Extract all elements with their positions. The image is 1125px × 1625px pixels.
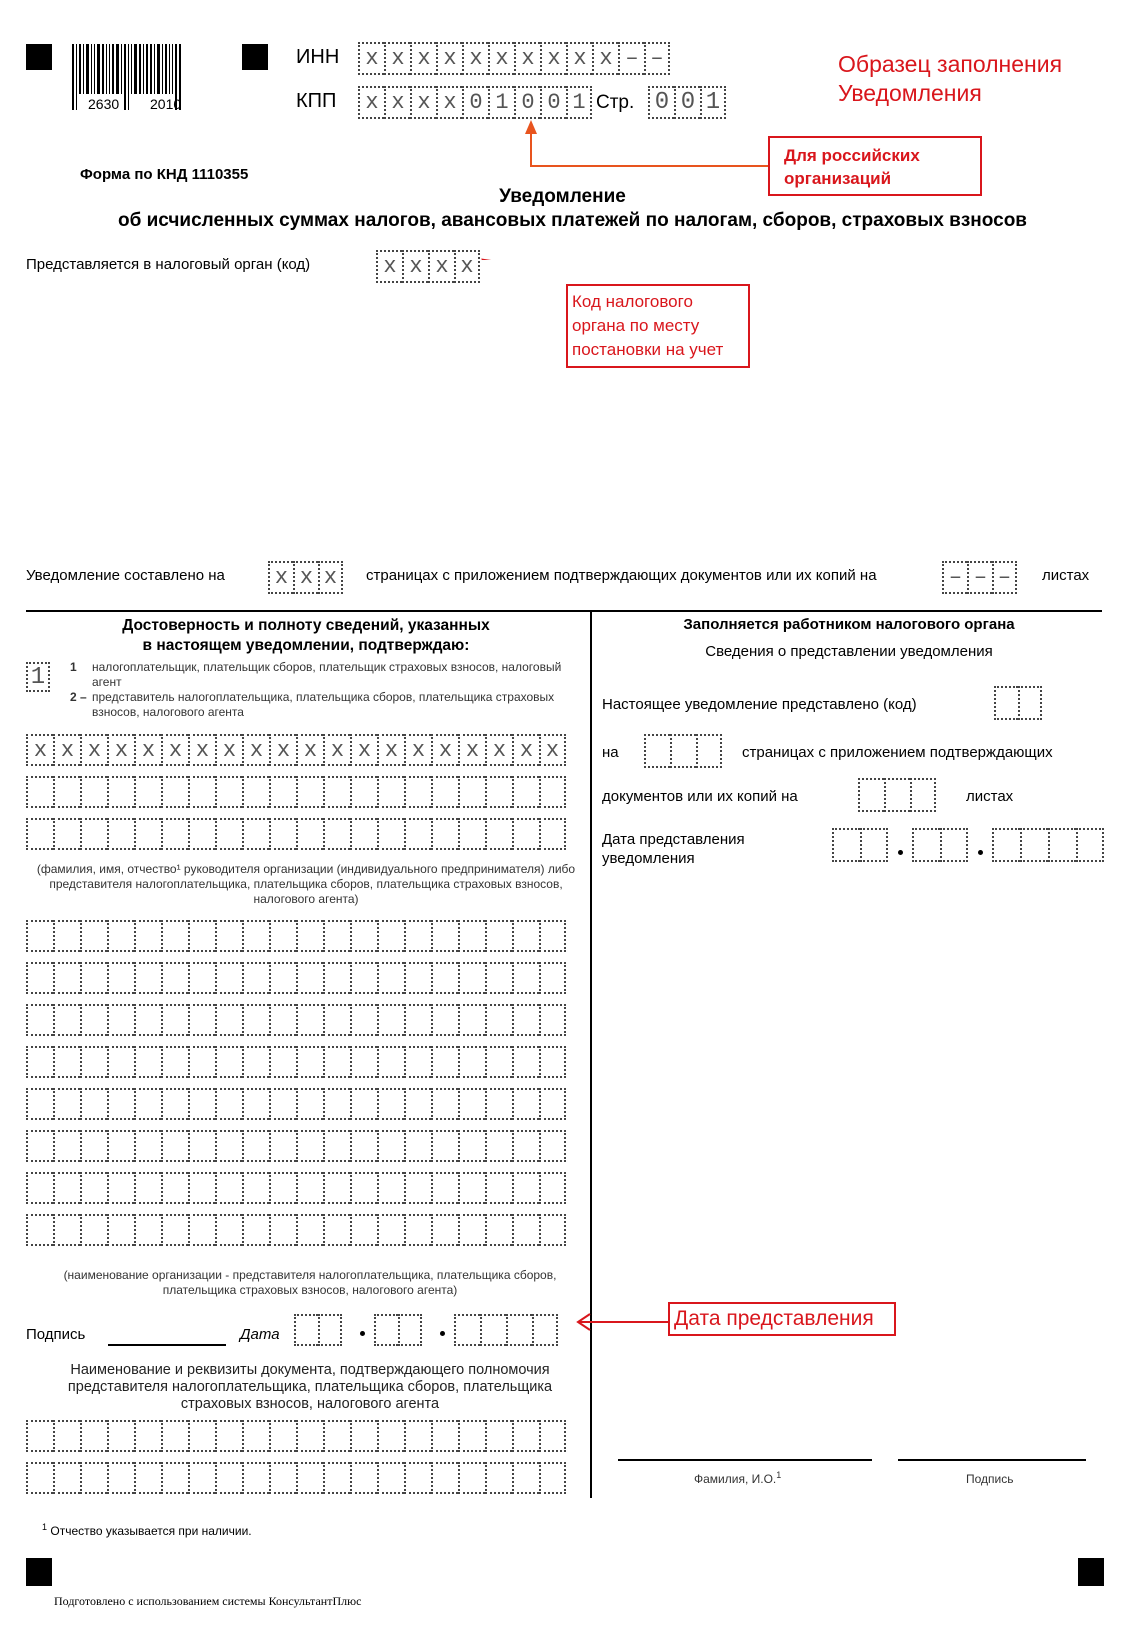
field-cell[interactable] [350,1046,377,1078]
field-cell[interactable]: x [512,734,539,766]
field-cell[interactable] [539,1172,566,1204]
field-cell[interactable]: x [539,734,566,766]
field-cell[interactable] [404,1130,431,1162]
field-cell[interactable]: x [107,734,134,766]
text-cell-row[interactable] [26,920,566,952]
field-cell[interactable] [215,1172,242,1204]
field-cell[interactable]: x [428,250,454,283]
field-cell[interactable] [242,1462,269,1494]
field-cell[interactable] [350,776,377,808]
field-cell[interactable] [377,920,404,952]
field-cell[interactable]: x [458,734,485,766]
field-cell[interactable] [134,1214,161,1246]
field-cell[interactable] [377,1004,404,1036]
field-cell[interactable] [644,734,670,768]
field-cell[interactable] [53,920,80,952]
field-cell[interactable] [215,1130,242,1162]
field-cell[interactable] [323,776,350,808]
field-cell[interactable] [242,818,269,850]
field-cell[interactable]: – [992,561,1017,594]
field-cell[interactable] [431,962,458,994]
field-cell[interactable] [350,1462,377,1494]
text-cell-row[interactable] [26,1420,566,1452]
field-cell[interactable]: x [377,734,404,766]
field-cell[interactable] [26,1172,53,1204]
field-cell[interactable] [161,1420,188,1452]
field-cell[interactable] [296,1420,323,1452]
field-cell[interactable] [458,776,485,808]
field-cell[interactable]: x [296,734,323,766]
field-cell[interactable] [860,828,888,862]
field-cell[interactable] [512,1462,539,1494]
field-cell[interactable] [539,1462,566,1494]
field-cell[interactable] [242,1046,269,1078]
field-cell[interactable] [431,920,458,952]
submitted-code-field[interactable] [994,686,1042,720]
field-cell[interactable] [539,1004,566,1036]
field-cell[interactable] [377,1214,404,1246]
field-cell[interactable] [269,1172,296,1204]
field-cell[interactable] [134,1088,161,1120]
field-cell[interactable] [323,1088,350,1120]
field-cell[interactable] [539,818,566,850]
field-cell[interactable] [188,1130,215,1162]
field-cell[interactable] [431,1214,458,1246]
signature-line[interactable] [108,1344,226,1346]
field-cell[interactable] [215,1214,242,1246]
field-cell[interactable] [294,1314,318,1346]
field-cell[interactable]: x [242,734,269,766]
field-cell[interactable] [134,776,161,808]
field-cell[interactable] [910,778,936,812]
field-cell[interactable]: x [402,250,428,283]
field-cell[interactable] [404,1004,431,1036]
field-cell[interactable] [107,962,134,994]
field-cell[interactable] [161,1046,188,1078]
field-cell[interactable] [404,1172,431,1204]
field-cell[interactable] [539,1214,566,1246]
field-cell[interactable] [480,1314,506,1346]
text-cell-row[interactable] [26,1004,566,1036]
field-cell[interactable] [431,1046,458,1078]
field-cell[interactable] [431,1172,458,1204]
field-cell[interactable] [80,1172,107,1204]
field-cell[interactable] [377,1172,404,1204]
field-cell[interactable] [431,1088,458,1120]
field-cell[interactable]: x [318,561,343,594]
field-cell[interactable]: x [404,734,431,766]
field-cell[interactable] [404,962,431,994]
field-cell[interactable] [134,1130,161,1162]
field-cell[interactable] [512,920,539,952]
field-cell[interactable] [458,1420,485,1452]
field-cell[interactable]: x [376,250,402,283]
field-cell[interactable] [188,1046,215,1078]
tax-authority-code-field[interactable]: xxxx [376,250,480,283]
field-cell[interactable] [512,1046,539,1078]
field-cell[interactable] [269,1046,296,1078]
field-cell[interactable] [134,920,161,952]
field-cell[interactable] [539,920,566,952]
field-cell[interactable]: x [188,734,215,766]
signer-type-field[interactable]: 1 [26,662,50,692]
field-cell[interactable] [26,1462,53,1494]
field-cell[interactable] [323,1420,350,1452]
field-cell[interactable] [485,1172,512,1204]
field-cell[interactable] [377,776,404,808]
field-cell[interactable] [80,1420,107,1452]
field-cell[interactable] [296,818,323,850]
field-cell[interactable] [377,1088,404,1120]
field-cell[interactable] [512,818,539,850]
field-cell[interactable] [404,1420,431,1452]
field-cell[interactable] [269,1462,296,1494]
field-cell[interactable]: – [942,561,967,594]
field-cell[interactable] [53,1172,80,1204]
field-cell[interactable] [188,1004,215,1036]
field-cell[interactable] [242,1172,269,1204]
date-day-field[interactable] [294,1314,342,1346]
field-cell[interactable] [242,920,269,952]
field-cell[interactable] [458,1214,485,1246]
field-cell[interactable] [242,1214,269,1246]
field-cell[interactable] [161,818,188,850]
field-cell[interactable] [512,1088,539,1120]
field-cell[interactable] [485,818,512,850]
field-cell[interactable] [296,1046,323,1078]
date-month-field[interactable] [374,1314,422,1346]
text-cell-row[interactable] [26,818,566,850]
text-cell-row[interactable] [26,1172,566,1204]
field-cell[interactable] [350,1214,377,1246]
field-cell[interactable] [377,1420,404,1452]
field-cell[interactable] [404,1214,431,1246]
field-cell[interactable] [269,1214,296,1246]
field-cell[interactable] [80,1046,107,1078]
field-cell[interactable] [269,776,296,808]
field-cell[interactable] [458,1462,485,1494]
field-cell[interactable] [80,1004,107,1036]
field-cell[interactable] [458,1088,485,1120]
field-cell[interactable] [350,1172,377,1204]
field-cell[interactable] [377,962,404,994]
field-cell[interactable] [485,962,512,994]
field-cell[interactable] [80,776,107,808]
field-cell[interactable] [512,962,539,994]
field-cell[interactable] [431,776,458,808]
field-cell[interactable] [242,1130,269,1162]
text-cell-row[interactable] [26,1088,566,1120]
field-cell[interactable] [188,1462,215,1494]
field-cell[interactable] [134,1004,161,1036]
field-cell[interactable] [53,1088,80,1120]
field-cell[interactable] [26,920,53,952]
field-cell[interactable] [350,962,377,994]
field-cell[interactable]: x [485,734,512,766]
field-cell[interactable]: x [161,734,188,766]
field-cell[interactable] [485,776,512,808]
field-cell[interactable] [215,1462,242,1494]
field-cell[interactable] [134,962,161,994]
field-cell[interactable] [539,962,566,994]
field-cell[interactable] [296,1172,323,1204]
field-cell[interactable] [431,1420,458,1452]
field-cell[interactable] [242,1088,269,1120]
field-cell[interactable] [296,776,323,808]
field-cell[interactable] [485,920,512,952]
field-cell[interactable] [512,1214,539,1246]
field-cell[interactable] [269,1420,296,1452]
field-cell[interactable] [458,818,485,850]
field-cell[interactable] [377,1130,404,1162]
field-cell[interactable] [296,920,323,952]
right-date-day-field[interactable] [832,828,888,862]
text-cell-row[interactable]: xxxxxxxxxxxxxxxxxxxx [26,734,566,766]
field-cell[interactable] [884,778,910,812]
field-cell[interactable] [242,962,269,994]
field-cell[interactable] [53,818,80,850]
field-cell[interactable] [269,1004,296,1036]
field-cell[interactable] [107,920,134,952]
field-cell[interactable] [188,818,215,850]
field-cell[interactable] [431,1004,458,1036]
field-cell[interactable]: x [26,734,53,766]
field-cell[interactable] [53,776,80,808]
field-cell[interactable] [269,962,296,994]
field-cell[interactable] [242,1004,269,1036]
field-cell[interactable] [512,1172,539,1204]
field-cell[interactable] [1020,828,1048,862]
text-cell-row[interactable] [26,1046,566,1078]
field-cell[interactable] [539,1088,566,1120]
field-cell[interactable]: x [454,250,480,283]
field-cell[interactable] [485,1088,512,1120]
field-cell[interactable] [80,818,107,850]
field-cell[interactable] [242,1420,269,1452]
field-cell[interactable] [53,1420,80,1452]
field-cell[interactable] [107,1420,134,1452]
field-cell[interactable]: x [269,734,296,766]
field-cell[interactable] [107,1004,134,1036]
field-cell[interactable] [670,734,696,768]
field-cell[interactable] [26,1046,53,1078]
field-cell[interactable] [80,1462,107,1494]
field-cell[interactable] [431,1130,458,1162]
field-cell[interactable] [323,1172,350,1204]
field-cell[interactable] [26,776,53,808]
field-cell[interactable] [485,1214,512,1246]
field-cell[interactable] [53,1130,80,1162]
field-cell[interactable] [215,962,242,994]
field-cell[interactable] [323,1046,350,1078]
field-cell[interactable] [506,1314,532,1346]
field-cell[interactable] [377,1046,404,1078]
field-cell[interactable] [26,1004,53,1036]
text-cell-row[interactable] [26,776,566,808]
field-cell[interactable] [431,1462,458,1494]
field-cell[interactable] [53,962,80,994]
field-cell[interactable] [296,1214,323,1246]
field-cell[interactable]: x [431,734,458,766]
field-cell[interactable] [26,962,53,994]
field-cell[interactable] [107,1046,134,1078]
field-cell[interactable] [398,1314,422,1346]
field-cell[interactable] [80,962,107,994]
field-cell[interactable] [26,818,53,850]
field-cell[interactable] [188,962,215,994]
field-cell[interactable] [485,1004,512,1036]
field-cell[interactable]: x [323,734,350,766]
field-cell[interactable] [485,1046,512,1078]
submitted-pages-field[interactable] [644,734,722,768]
field-cell[interactable] [404,1462,431,1494]
field-cell[interactable] [161,1462,188,1494]
field-cell[interactable] [215,1420,242,1452]
sheets-count-field[interactable]: ––– [942,561,1017,594]
pages-count-field[interactable]: xxx [268,561,343,594]
date-year-field[interactable] [454,1314,558,1346]
right-date-month-field[interactable] [912,828,968,862]
field-cell[interactable] [485,1462,512,1494]
field-cell[interactable] [134,1046,161,1078]
field-cell[interactable] [323,1462,350,1494]
field-cell[interactable] [350,1130,377,1162]
field-cell[interactable] [215,776,242,808]
fio-line[interactable] [618,1459,872,1461]
field-cell[interactable] [458,1046,485,1078]
field-cell[interactable] [296,1088,323,1120]
field-cell[interactable] [940,828,968,862]
field-cell[interactable] [107,1214,134,1246]
field-cell[interactable] [134,1172,161,1204]
field-cell[interactable] [26,1420,53,1452]
text-cell-row[interactable] [26,1130,566,1162]
field-cell[interactable] [26,1214,53,1246]
field-cell[interactable] [107,1130,134,1162]
field-cell[interactable] [539,1046,566,1078]
field-cell[interactable] [296,1004,323,1036]
submitted-sheets-field[interactable] [858,778,936,812]
field-cell[interactable] [454,1314,480,1346]
field-cell[interactable] [53,1214,80,1246]
field-cell[interactable] [161,1172,188,1204]
field-cell[interactable] [458,1004,485,1036]
field-cell[interactable] [323,920,350,952]
field-cell[interactable] [188,1214,215,1246]
field-cell[interactable] [512,1420,539,1452]
field-cell[interactable] [215,1046,242,1078]
field-cell[interactable] [374,1314,398,1346]
field-cell[interactable] [215,1004,242,1036]
field-cell[interactable] [161,1214,188,1246]
right-date-year-field[interactable] [992,828,1104,862]
field-cell[interactable] [296,962,323,994]
field-cell[interactable]: x [350,734,377,766]
field-cell[interactable] [350,1420,377,1452]
field-cell[interactable] [269,1130,296,1162]
field-cell[interactable] [188,1420,215,1452]
text-cell-row[interactable] [26,1214,566,1246]
field-cell[interactable] [458,920,485,952]
field-cell[interactable]: x [293,561,318,594]
field-cell[interactable] [512,1004,539,1036]
field-cell[interactable] [269,818,296,850]
field-cell[interactable]: x [53,734,80,766]
field-cell[interactable] [296,1130,323,1162]
field-cell[interactable] [458,1130,485,1162]
field-cell[interactable] [404,1088,431,1120]
field-cell[interactable]: 1 [26,662,50,692]
right-signature-line[interactable] [898,1459,1086,1461]
field-cell[interactable] [188,1088,215,1120]
field-cell[interactable]: – [967,561,992,594]
field-cell[interactable] [377,818,404,850]
field-cell[interactable] [107,1088,134,1120]
field-cell[interactable] [323,962,350,994]
field-cell[interactable] [80,1088,107,1120]
field-cell[interactable] [161,1004,188,1036]
field-cell[interactable] [512,776,539,808]
field-cell[interactable] [539,776,566,808]
field-cell[interactable] [161,776,188,808]
field-cell[interactable] [80,920,107,952]
text-cell-row[interactable] [26,962,566,994]
field-cell[interactable] [323,1130,350,1162]
text-cell-row[interactable] [26,1462,566,1494]
field-cell[interactable] [404,776,431,808]
field-cell[interactable] [269,920,296,952]
field-cell[interactable] [323,1004,350,1036]
field-cell[interactable]: x [80,734,107,766]
field-cell[interactable] [350,818,377,850]
field-cell[interactable] [242,776,269,808]
field-cell[interactable] [1018,686,1042,720]
field-cell[interactable] [26,1130,53,1162]
field-cell[interactable] [188,776,215,808]
field-cell[interactable] [485,1130,512,1162]
field-cell[interactable] [377,1462,404,1494]
field-cell[interactable] [994,686,1018,720]
field-cell[interactable] [107,1172,134,1204]
field-cell[interactable] [539,1420,566,1452]
field-cell[interactable] [215,1088,242,1120]
field-cell[interactable] [161,1088,188,1120]
field-cell[interactable] [53,1004,80,1036]
field-cell[interactable] [912,828,940,862]
field-cell[interactable] [215,920,242,952]
field-cell[interactable] [269,1088,296,1120]
field-cell[interactable] [539,1130,566,1162]
field-cell[interactable] [992,828,1020,862]
field-cell[interactable] [215,818,242,850]
field-cell[interactable] [512,1130,539,1162]
field-cell[interactable] [26,1088,53,1120]
field-cell[interactable] [107,1462,134,1494]
field-cell[interactable] [1048,828,1076,862]
field-cell[interactable] [80,1214,107,1246]
field-cell[interactable] [404,1046,431,1078]
field-cell[interactable] [80,1130,107,1162]
field-cell[interactable] [107,776,134,808]
field-cell[interactable] [318,1314,342,1346]
field-cell[interactable] [53,1046,80,1078]
field-cell[interactable] [53,1462,80,1494]
field-cell[interactable] [458,962,485,994]
field-cell[interactable] [350,920,377,952]
field-cell[interactable] [1076,828,1104,862]
field-cell[interactable] [323,1214,350,1246]
field-cell[interactable] [832,828,860,862]
